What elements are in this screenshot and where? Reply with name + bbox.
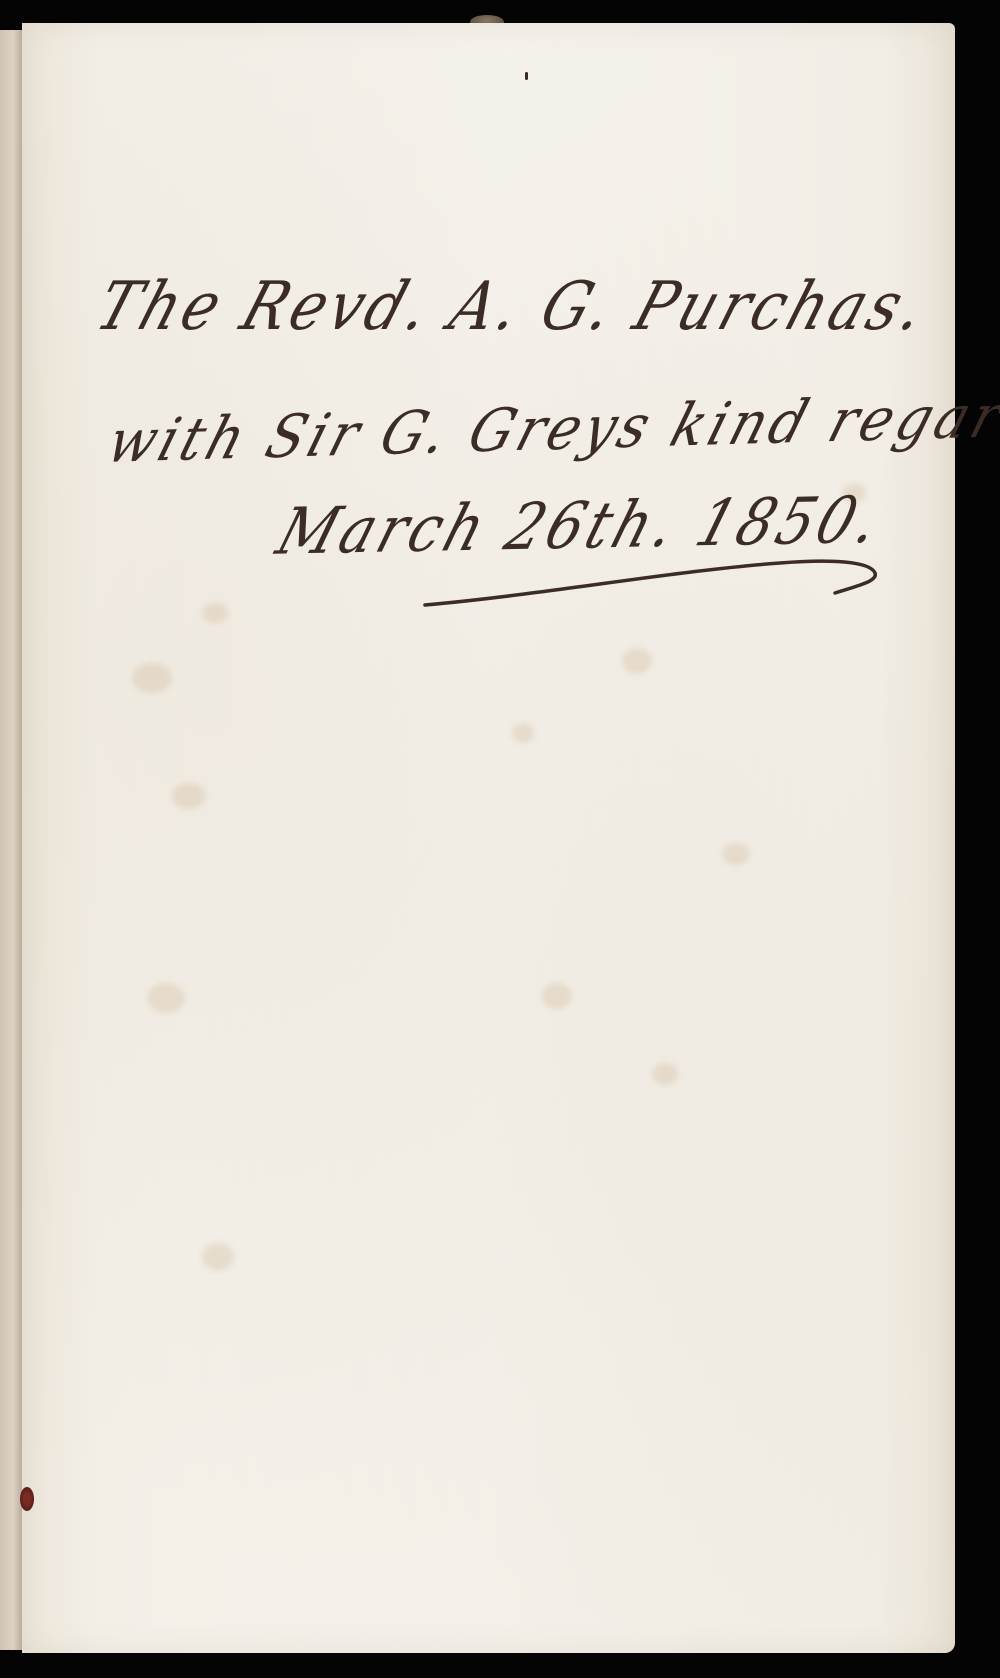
foxing-spot bbox=[132, 663, 172, 693]
foxing-spot bbox=[542, 983, 572, 1009]
foxing-spot bbox=[652, 1063, 678, 1085]
foxing-spot bbox=[172, 783, 206, 809]
foxing-spot bbox=[842, 483, 866, 503]
red-stain-mark bbox=[20, 1487, 34, 1511]
foxing-spot bbox=[202, 603, 228, 623]
foxing-spot bbox=[722, 843, 750, 865]
foxing-spot bbox=[622, 648, 652, 674]
ink-speck bbox=[525, 72, 528, 80]
book-spine-edge bbox=[0, 30, 24, 1650]
foxing-spot bbox=[147, 983, 185, 1013]
flyleaf-page bbox=[22, 23, 955, 1653]
foxing-spot bbox=[202, 1243, 234, 1271]
foxing-spot bbox=[512, 723, 534, 743]
